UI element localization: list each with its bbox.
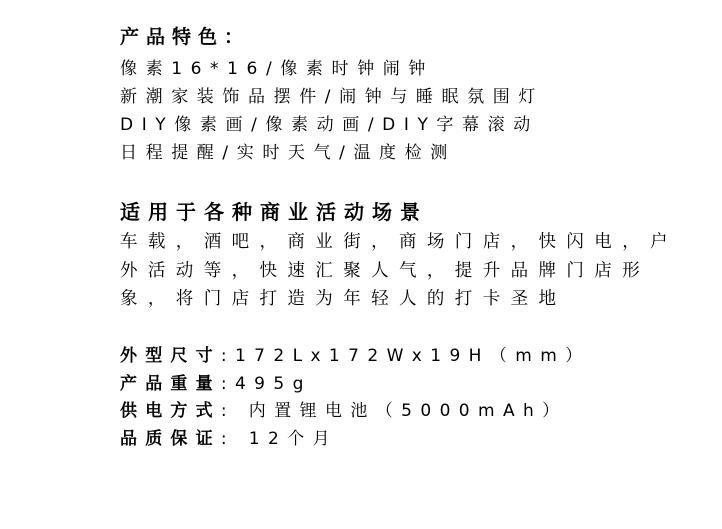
features-title: 产品特色： xyxy=(120,26,544,48)
spec-row-power: 供电方式: 内置锂电池（5000mAh） xyxy=(120,398,591,426)
spec-label: 产品重量 xyxy=(120,374,221,394)
spec-label: 供电方式 xyxy=(120,401,221,421)
spec-separator: : xyxy=(221,401,249,421)
spec-separator: : xyxy=(221,346,235,366)
feature-line: 日程提醒/实时天气/温度检测 xyxy=(120,139,544,167)
feature-line: 新潮家装饰品摆件/闹钟与睡眠氛围灯 xyxy=(120,83,544,111)
spec-value: 内置锂电池（5000mAh） xyxy=(249,401,568,421)
spec-value: 12个月 xyxy=(249,429,338,449)
scenario-line: 车载，酒吧，商业街，商场门店，快闪电，户 xyxy=(120,228,678,257)
feature-line: 像素16*16/像素时钟闹钟 xyxy=(120,55,544,83)
spec-value: 495g xyxy=(235,374,312,394)
scenario-line: 象，将门店打造为年轻人的打卡圣地 xyxy=(120,285,678,314)
spec-label: 外型尺寸 xyxy=(120,346,221,366)
features-section: 产品特色： 像素16*16/像素时钟闹钟 新潮家装饰品摆件/闹钟与睡眠氛围灯 D… xyxy=(120,26,544,167)
spec-row-dimensions: 外型尺寸:172Lx172Wx19H（mm） xyxy=(120,343,591,371)
specs-section: 外型尺寸:172Lx172Wx19H（mm） 产品重量:495g 供电方式: 内… xyxy=(120,343,591,454)
scenario-line: 外活动等，快速汇聚人气，提升品牌门店形 xyxy=(120,257,678,286)
spec-separator: : xyxy=(221,374,235,394)
spec-separator: : xyxy=(221,429,249,449)
feature-line: DIY像素画/像素动画/DIY字幕滚动 xyxy=(120,111,544,139)
spec-row-weight: 产品重量:495g xyxy=(120,371,591,399)
spec-row-warranty: 品质保证: 12个月 xyxy=(120,426,591,454)
spec-label: 品质保证 xyxy=(120,429,221,449)
spec-value: 172Lx172Wx19H（mm） xyxy=(235,346,591,366)
scenarios-title: 适用于各种商业活动场景 xyxy=(120,200,678,224)
scenarios-section: 适用于各种商业活动场景 车载，酒吧，商业街，商场门店，快闪电，户 外活动等，快速… xyxy=(120,200,678,314)
features-list: 像素16*16/像素时钟闹钟 新潮家装饰品摆件/闹钟与睡眠氛围灯 DIY像素画/… xyxy=(120,55,544,167)
scenarios-paragraph: 车载，酒吧，商业街，商场门店，快闪电，户 外活动等，快速汇聚人气，提升品牌门店形… xyxy=(120,228,678,314)
